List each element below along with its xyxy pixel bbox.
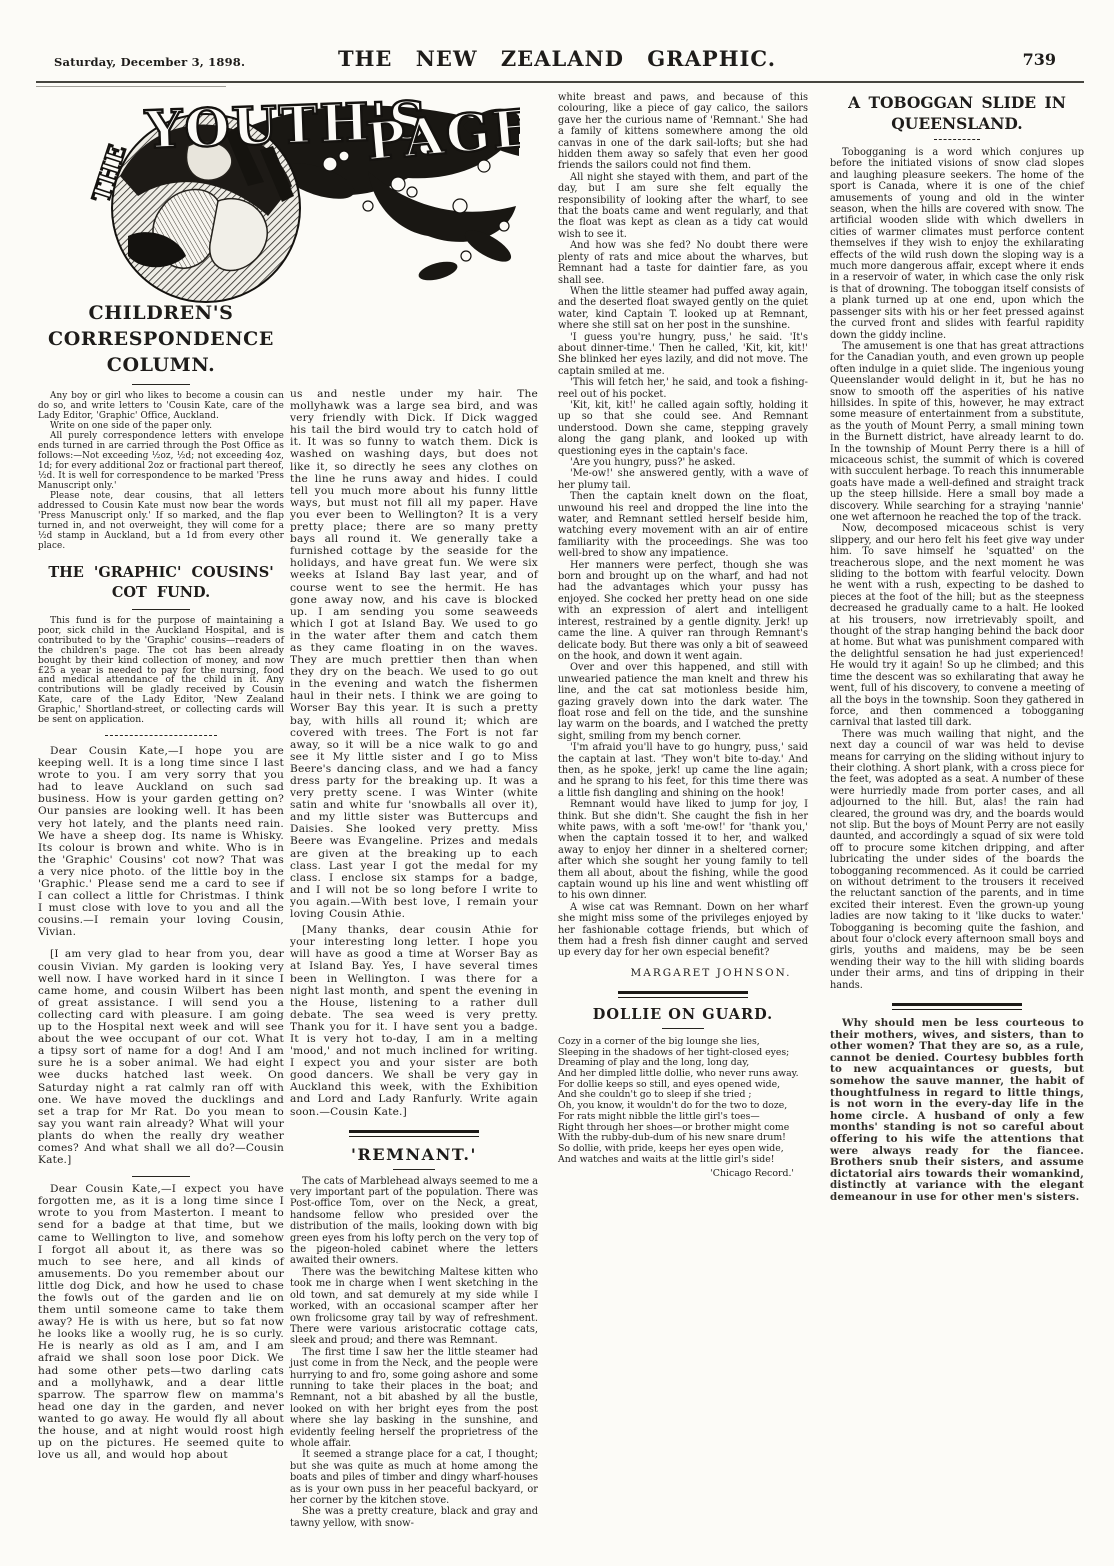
poem-attribution: 'Chicago Record.' <box>558 1168 808 1179</box>
courtesy-filler-note: Why should men be less courteous to thei… <box>830 1018 1084 1204</box>
remnant-story-heading: 'REMNANT.' <box>290 1145 538 1164</box>
story-paragraph: A wise cat was Remnant. Down on her whar… <box>558 902 808 959</box>
story-paragraph: It seemed a strange place for a cat, I t… <box>290 1449 538 1506</box>
story-paragraph: Then the captain knelt down on the float… <box>558 491 808 559</box>
column-3: white breast and paws, and because of th… <box>558 92 808 1179</box>
story-paragraph: white breast and paws, and because of th… <box>558 92 808 172</box>
dollie-poem: Cozy in a corner of the big lounge she l… <box>558 1037 808 1165</box>
masthead-title: THE NEW ZEALAND GRAPHIC. <box>0 46 1114 71</box>
story-paragraph: Remnant would have liked to jump for joy… <box>558 799 808 902</box>
divider-rule <box>132 609 190 610</box>
article-paragraph: Tobogganing is a word which conjures up … <box>830 147 1084 341</box>
double-rule <box>892 1003 1022 1010</box>
article-paragraph: There was much wailing that night, and t… <box>830 729 1084 991</box>
poem-line: Cozy in a corner of the big lounge she l… <box>558 1037 808 1048</box>
toboggan-article-body: Tobogganing is a word which conjures up … <box>830 147 1084 991</box>
divider-rule <box>662 1028 704 1029</box>
article-paragraph: Now, decomposed micaceous schist is very… <box>830 523 1084 728</box>
divider-rule <box>132 384 190 385</box>
cot-fund-text: This fund is for the purpose of maintain… <box>38 616 284 725</box>
story-paragraph: Her manners were perfect, though she was… <box>558 560 808 663</box>
letter-continued: us and nestle under my hair. The mollyha… <box>290 388 538 920</box>
double-rule <box>349 1130 479 1137</box>
story-paragraph: 'I guess you're hungry, puss,' he said. … <box>558 332 808 378</box>
poem-line: So dollie, with pride, keeps her eyes op… <box>558 1144 808 1155</box>
rules-paragraph: Write on one side of the paper only. <box>38 421 284 431</box>
toboggan-article-heading: A TOBOGGAN SLIDE IN QUEENSLAND. <box>830 92 1084 134</box>
story-paragraph: When the little steamer had puffed away … <box>558 286 808 332</box>
story-paragraph: 'Me-ow!' she answered gently, with a wav… <box>558 468 808 491</box>
children-column-heading: CHILDREN'S CORRESPONDENCE COLUMN. <box>38 300 284 378</box>
rules-paragraph: Any boy or girl who likes to become a co… <box>38 391 284 421</box>
divider-rule <box>934 139 980 140</box>
story-paragraph: Over and over this happened, and still w… <box>558 662 808 742</box>
rules-paragraph: Please note, dear cousins, that all lett… <box>38 491 284 551</box>
story-paragraph: All night she stayed with them, and part… <box>558 172 808 240</box>
correspondence-rules: Any boy or girl who likes to become a co… <box>38 391 284 551</box>
dollie-poem-heading: DOLLIE ON GUARD. <box>558 1006 808 1023</box>
cot-fund-heading: THE 'GRAPHIC' COUSINS' COT FUND. <box>38 563 284 603</box>
story-paragraph: She was a pretty creature, black and gra… <box>290 1506 538 1529</box>
article-paragraph: The amusement is one that has great attr… <box>830 341 1084 524</box>
double-rule <box>618 991 748 998</box>
divider-rule <box>132 1176 190 1177</box>
divider-rule <box>393 1169 435 1170</box>
newspaper-page: Saturday, December 3, 1898. THE NEW ZEAL… <box>0 0 1114 1566</box>
column-2: us and nestle under my hair. The mollyha… <box>290 388 538 1529</box>
remnant-story-left: The cats of Marblehead always seemed to … <box>290 1176 538 1530</box>
poem-line: For rats might nibble the little girl's … <box>558 1112 808 1123</box>
column-4: A TOBOGGAN SLIDE IN QUEENSLAND. Toboggan… <box>830 92 1084 1204</box>
story-paragraph: 'I'm afraid you'll have to go hungry, pu… <box>558 742 808 799</box>
youths-page-banner: THE YOUTH'S PAGE <box>68 86 520 304</box>
remnant-story-right: white breast and paws, and because of th… <box>558 92 808 959</box>
letter-from-vivian: Dear Cousin Kate,—I hope you are keeping… <box>38 745 284 939</box>
story-paragraph: 'This will fetch her,' he said, and took… <box>558 377 808 400</box>
story-paragraph: The cats of Marblehead always seemed to … <box>290 1176 538 1267</box>
poem-line: And watches and waits at the little girl… <box>558 1155 808 1166</box>
story-paragraph: 'Kit, kit, kit!' he called again softly,… <box>558 400 808 457</box>
rules-paragraph: All purely correspondence letters with e… <box>38 431 284 491</box>
cousin-kate-reply-vivian: [I am very glad to hear from you, dear c… <box>38 948 284 1166</box>
story-paragraph: And how was she fed? No doubt there were… <box>558 240 808 286</box>
header-rule <box>36 81 1084 83</box>
dashed-divider-rule <box>105 735 217 736</box>
letter-from-wellington: Dear Cousin Kate,—I expect you have forg… <box>38 1183 284 1461</box>
cousin-kate-reply-athie: [Many thanks, dear cousin Athie for your… <box>290 924 538 1118</box>
story-paragraph: There was the bewitching Maltese kitten … <box>290 1267 538 1347</box>
youths-page-banner-illustration: THE YOUTH'S PAGE <box>68 86 520 304</box>
story-byline: MARGARET JOHNSON. <box>558 967 808 979</box>
story-paragraph: The first time I saw her the little stea… <box>290 1347 538 1450</box>
story-paragraph: 'Are you hungry, puss?' he asked. <box>558 457 808 468</box>
column-1: CHILDREN'S CORRESPONDENCE COLUMN. Any bo… <box>38 300 284 1461</box>
page-number: 739 <box>1023 50 1056 69</box>
